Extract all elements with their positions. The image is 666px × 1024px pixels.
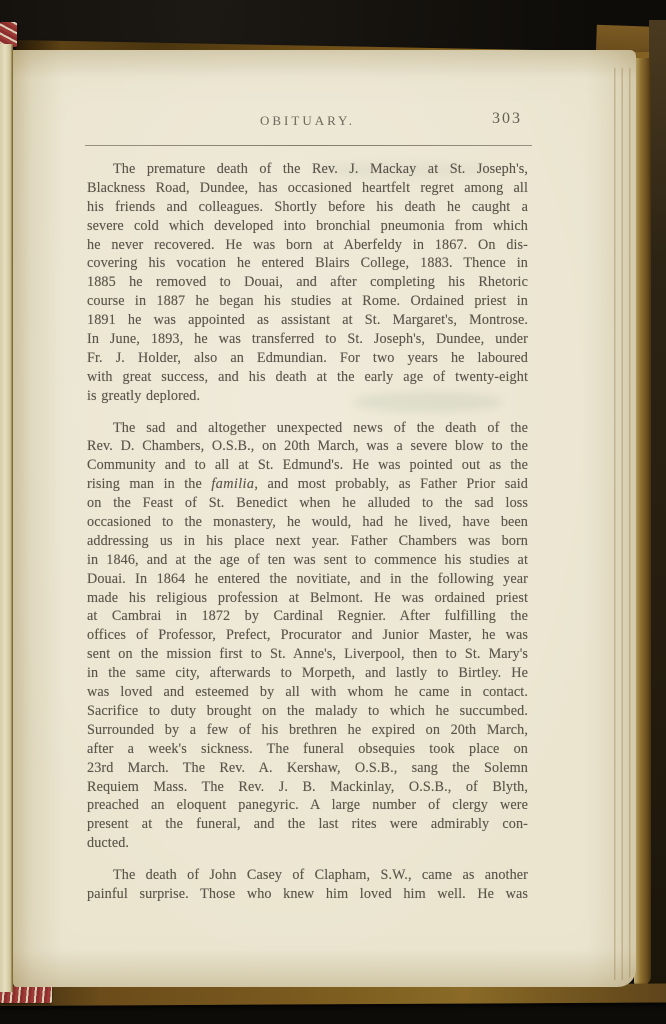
page-content: OBITUARY. 303 The premature death of the…: [87, 110, 528, 904]
text-line: is greatly deplored.: [87, 387, 528, 406]
text-line: Douai. In 1864 he entered the novitiate,…: [87, 570, 528, 589]
text-line: at Cambrai in 1872 by Cardinal Regnier. …: [87, 607, 528, 626]
page-gutter-strip: [0, 44, 13, 992]
text-line: The death of John Casey of Clapham, S.W.…: [87, 866, 528, 885]
text-line: course in 1887 he began his studies at R…: [87, 292, 528, 311]
page-block-gilt-edge: [634, 58, 651, 986]
text-line: occasioned to the monastery, he would, h…: [87, 513, 528, 532]
text-block: The premature death of the Rev. J. Macka…: [87, 160, 528, 904]
text-line: painful surprise. Those who knew him lov…: [87, 885, 528, 904]
text-line: sent on the mission first to St. Anne's,…: [87, 645, 528, 664]
text-line: addressing us in his place next year. Fa…: [87, 532, 528, 551]
page-title: OBITUARY.: [87, 113, 528, 129]
text-line: with great success, and his death at the…: [87, 368, 528, 387]
text-line: in the same city, afterwards to Morpeth,…: [87, 664, 528, 683]
text-line: rising man in the familia, and most prob…: [87, 475, 528, 494]
text-line: ducted.: [87, 834, 528, 853]
text-line: The premature death of the Rev. J. Macka…: [87, 160, 528, 179]
paragraph: The sad and altogether unexpected news o…: [87, 419, 528, 853]
paragraph: The death of John Casey of Clapham, S.W.…: [87, 866, 528, 904]
text-line: after a week's sickness. The funeral obs…: [87, 740, 528, 759]
text-line: preached an eloquent panegyric. A large …: [87, 796, 528, 815]
text-line: Rev. D. Chambers, O.S.B., on 20th March,…: [87, 437, 528, 456]
header-rule: [85, 145, 532, 146]
text-line: Requiem Mass. The Rev. J. B. Mackinlay, …: [87, 778, 528, 797]
text-line: on the Feast of St. Benedict when he all…: [87, 494, 528, 513]
text-line: 1891 he was appointed as assistant at St…: [87, 311, 528, 330]
text-line: Community and to all at St. Edmund's. He…: [87, 456, 528, 475]
text-line: severe cold which developed into bronchi…: [87, 217, 528, 236]
text-line: his friends and colleagues. Shortly befo…: [87, 198, 528, 217]
text-line: Fr. J. Holder, also an Edmundian. For tw…: [87, 349, 528, 368]
text-line: present at the funeral, and the last rit…: [87, 815, 528, 834]
page-number: 303: [492, 110, 522, 128]
text-line: In June, 1893, he was transferred to St.…: [87, 330, 528, 349]
text-line: The sad and altogether unexpected news o…: [87, 419, 528, 438]
book-page: OBITUARY. 303 The premature death of the…: [13, 50, 636, 987]
book-cover-right: [649, 20, 666, 998]
text-line: in 1846, and at the age of ten was sent …: [87, 551, 528, 570]
text-line: Blackness Road, Dundee, has occasioned h…: [87, 179, 528, 198]
text-line: 1885 he removed to Douai, and after comp…: [87, 273, 528, 292]
text-line: was loved and esteemed by all with whom …: [87, 683, 528, 702]
running-header: OBITUARY. 303: [87, 110, 528, 132]
text-line: made his religious profession at Belmont…: [87, 589, 528, 608]
book-scan: OBITUARY. 303 The premature death of the…: [0, 0, 666, 1024]
text-line: covering his vocation he entered Blairs …: [87, 254, 528, 273]
page-stack-edges: [608, 68, 636, 980]
text-line: he never recovered. He was born at Aberf…: [87, 236, 528, 255]
paragraph: The premature death of the Rev. J. Macka…: [87, 160, 528, 406]
text-line: 23rd March. The Rev. A. Kershaw, O.S.B.,…: [87, 759, 528, 778]
text-line: Surrounded by a few of his brethren he e…: [87, 721, 528, 740]
text-line: offices of Professor, Prefect, Procurato…: [87, 626, 528, 645]
text-line: Sacrifice to duty brought on the malady …: [87, 702, 528, 721]
